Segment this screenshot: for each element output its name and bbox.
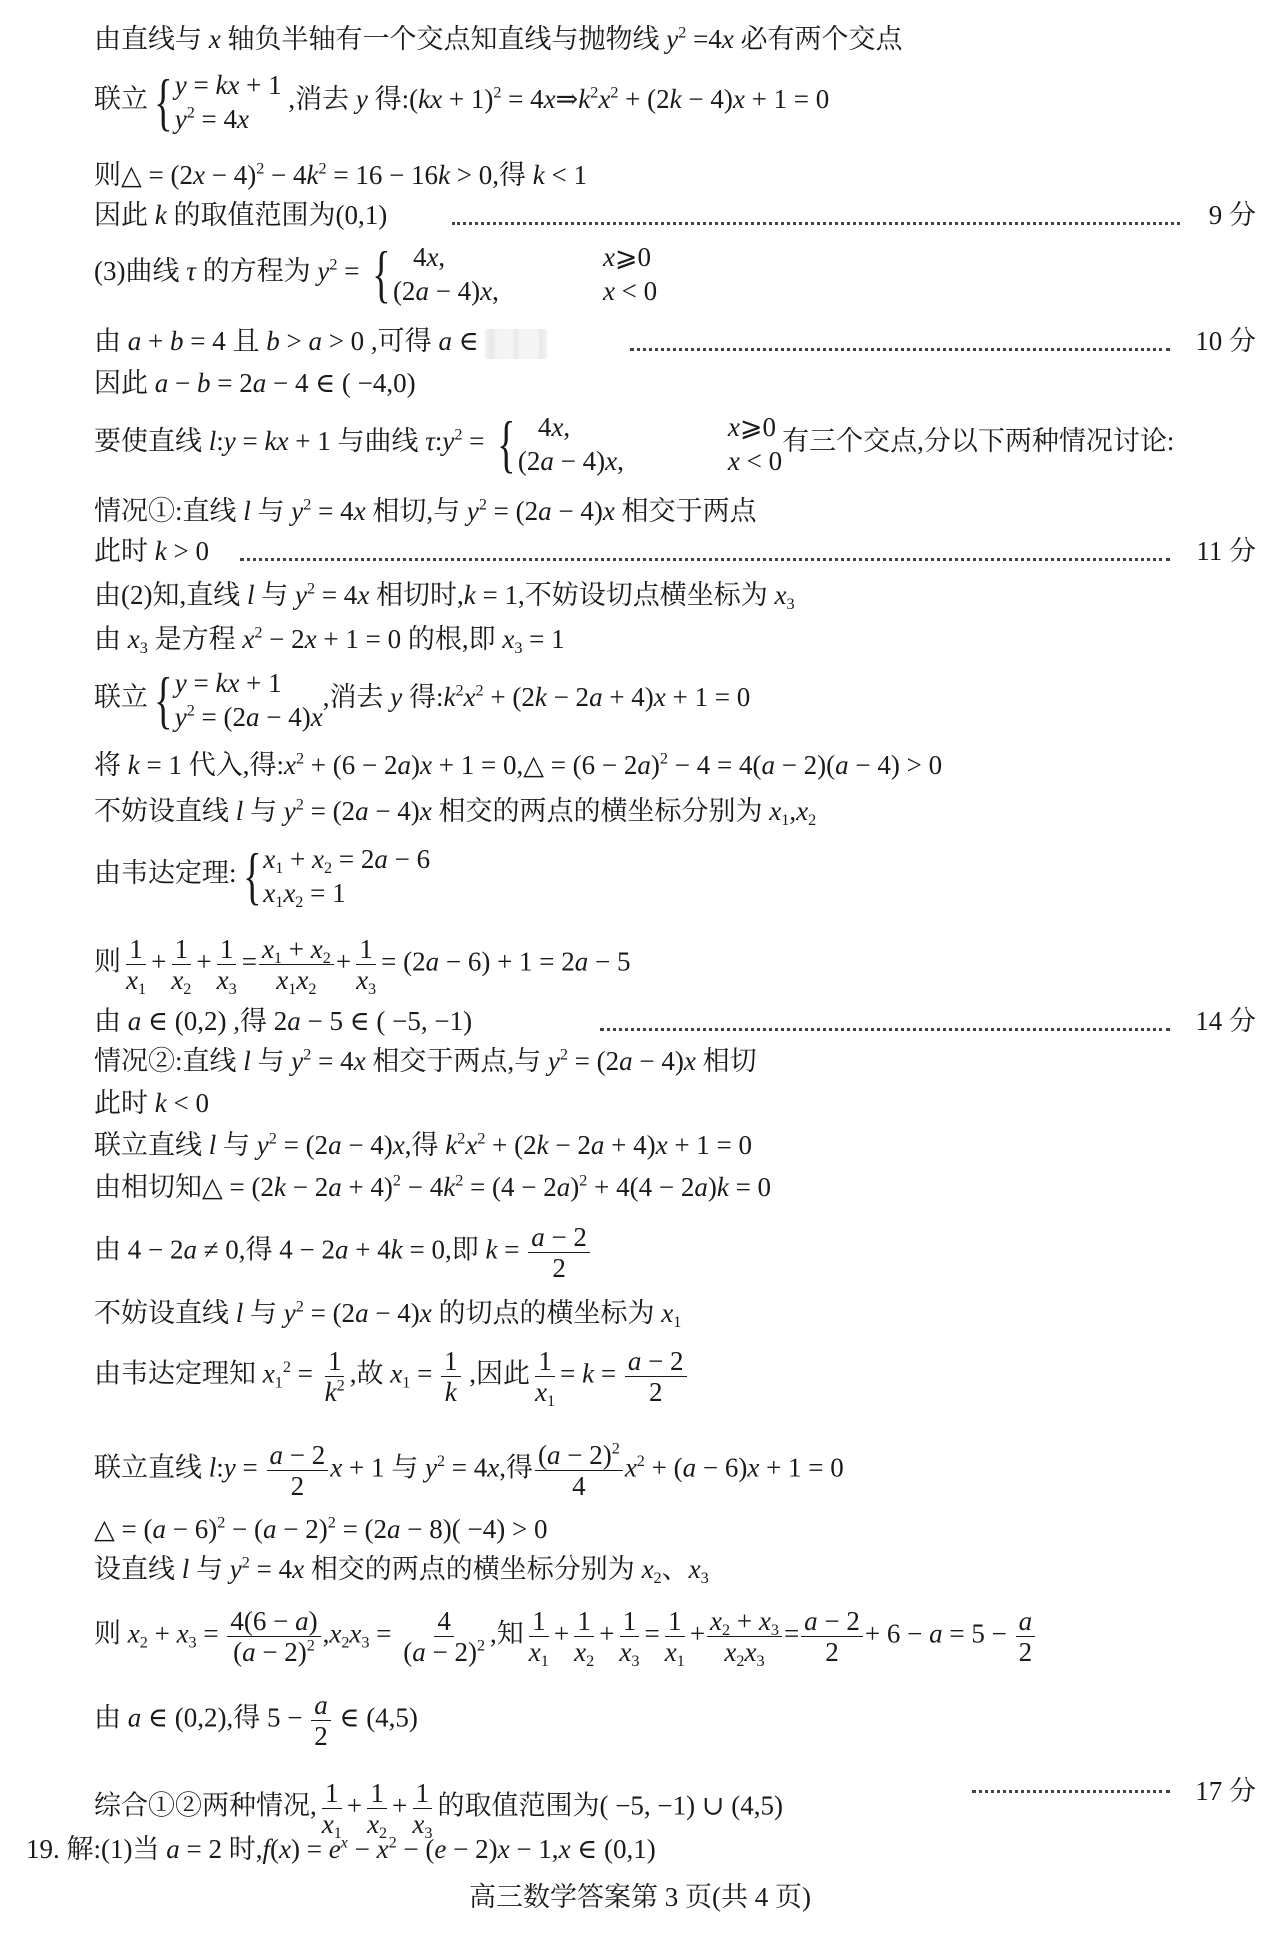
solution-line: 因此 k 的取值范围为(0,1) (94, 198, 387, 232)
solution-line: 联立直线 l 与 y2 = (2a − 4)x,得 k2x2 + (2k − 2… (94, 1128, 752, 1162)
solution-line: 由 a + b = 4 且 b > a > 0 ,可得 a ∈ (94, 324, 547, 359)
score-mark: 17 分 (1195, 1774, 1256, 1808)
question-19-start: 19. 解:(1)当 a = 2 时,f(x) = ex − x2 − (e −… (26, 1832, 656, 1866)
dotted-leader (452, 222, 1180, 225)
score-mark: 10 分 (1195, 324, 1256, 358)
solution-line: 由相切知△ = (2k − 2a + 4)2 − 4k2 = (4 − 2a)2… (94, 1170, 771, 1204)
solution-line: 联立{y = kx + 1y2 = 4x ,消去 y 得:(kx + 1)2 =… (94, 68, 829, 136)
solution-line: 不妨设直线 l 与 y2 = (2a − 4)x 相交的两点的横坐标分别为 x1… (94, 794, 816, 828)
solution-line: 联立直线 l:y = a − 22x + 1 与 y2 = 4x,得(a − 2… (94, 1440, 844, 1501)
score-mark: 9 分 (1209, 198, 1256, 232)
solution-line: (3)曲线 τ 的方程为 y2 = {4x,x⩾0(2a − 4)x,x < 0 (94, 240, 657, 308)
solution-line: 情况②:直线 l 与 y2 = 4x 相交于两点,与 y2 = (2a − 4)… (94, 1044, 757, 1078)
page-footer: 高三数学答案第 3 页(共 4 页) (0, 1880, 1280, 1914)
solution-line: 联立{y = kx + 1y2 = (2a − 4)x,消去 y 得:k2x2 … (94, 666, 750, 734)
solution-line: 此时 k < 0 (94, 1086, 209, 1120)
solution-line: 情况①:直线 l 与 y2 = 4x 相切,与 y2 = (2a − 4)x 相… (94, 494, 757, 528)
solution-line: 则△ = (2x − 4)2 − 4k2 = 16 − 16k > 0,得 k … (94, 158, 587, 192)
solution-line: 不妨设直线 l 与 y2 = (2a − 4)x 的切点的横坐标为 x1 (94, 1296, 681, 1330)
solution-line: 由韦达定理知 x12 = 1k2,故 x1 = 1k ,因此1x1= k = a… (94, 1346, 689, 1407)
solution-line: 由(2)知,直线 l 与 y2 = 4x 相切时,k = 1,不妨设切点横坐标为… (94, 578, 795, 612)
solution-line: 综合①②两种情况,1x1+1x2+1x3的取值范围为( −5, −1) ∪ (4… (94, 1778, 783, 1839)
dotted-leader (240, 558, 1170, 561)
solution-line: 要使直线 l:y = kx + 1 与曲线 τ:y2 = {4x,x⩾0(2a … (94, 410, 1174, 478)
score-mark: 14 分 (1195, 1004, 1256, 1038)
dotted-leader (972, 1790, 1170, 1793)
dotted-leader (630, 348, 1170, 351)
solution-line: 由 x3 是方程 x2 − 2x + 1 = 0 的根,即 x3 = 1 (94, 622, 565, 656)
solution-line: 由直线与 x 轴负半轴有一个交点知直线与抛物线 y2 =4x 必有两个交点 (94, 22, 903, 56)
dotted-leader (600, 1028, 1170, 1031)
solution-line: 此时 k > 0 (94, 534, 209, 568)
solution-line: 由 a ∈ (0,2) ,得 2a − 5 ∈ ( −5, −1) (94, 1004, 472, 1038)
solution-line: 由韦达定理:{x1 + x2 = 2a − 6x1x2 = 1 (94, 842, 430, 910)
solution-line: 因此 a − b = 2a − 4 ∈ ( −4,0) (94, 366, 416, 400)
score-mark: 11 分 (1196, 534, 1256, 568)
blank-placeholder (485, 329, 547, 359)
solution-line: 则1x1+1x2+1x3=x1 + x2x1x2+1x3= (2a − 6) +… (94, 934, 631, 995)
solution-line: 由 4 − 2a ≠ 0,得 4 − 2a + 4k = 0,即 k = a −… (94, 1222, 592, 1283)
solution-line: 由 a ∈ (0,2),得 5 − a2 ∈ (4,5) (94, 1690, 418, 1751)
solution-line: 将 k = 1 代入,得:x2 + (6 − 2a)x + 1 = 0,△ = … (94, 748, 942, 782)
solution-line: 设直线 l 与 y2 = 4x 相交的两点的横坐标分别为 x2、x3 (94, 1552, 709, 1586)
solution-line: 则 x2 + x3 = 4(6 − a)(a − 2)2,x2x3 = 4(a … (94, 1606, 1037, 1667)
solution-line: △ = (a − 6)2 − (a − 2)2 = (2a − 8)( −4) … (94, 1512, 547, 1546)
